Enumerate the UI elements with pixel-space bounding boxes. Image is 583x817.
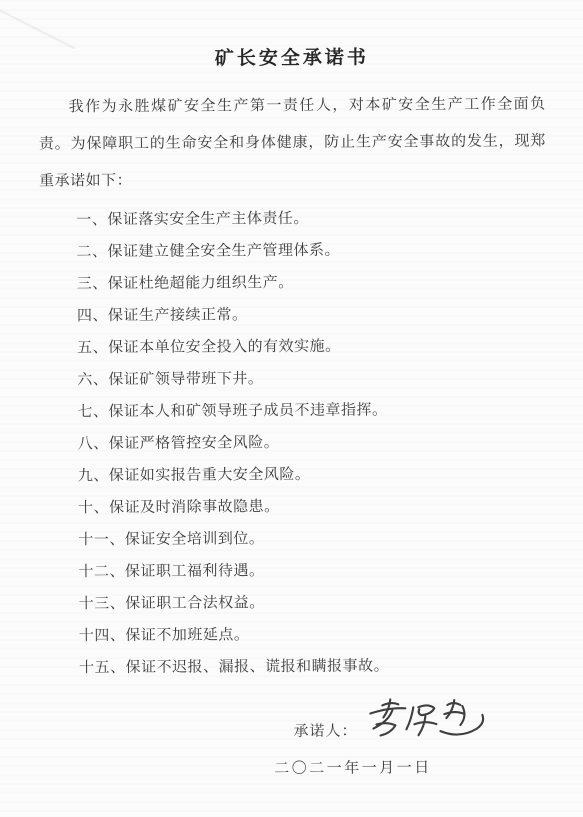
commitment-item-9: 九、保证如实报告重大安全风险。 [41,457,548,492]
document-title: 矿长安全承诺书 [38,44,545,73]
commitment-item-2: 二、保证建立健全安全生产管理体系。 [39,233,546,268]
commitment-list: 一、保证落实安全生产主体责任。 二、保证建立健全安全生产管理体系。 三、保证杜绝… [39,201,549,684]
commitment-item-15: 十五、保证不迟报、漏报、谎报和瞒报事故。 [42,649,549,684]
commitment-item-1: 一、保证落实安全生产主体责任。 [39,201,546,236]
commitment-item-5: 五、保证本单位安全投入的有效实施。 [40,329,547,364]
document-content: 矿长安全承诺书 我作为永胜煤矿安全生产第一责任人，对本矿安全生产工作全面负责。为… [0,0,583,780]
signature-handwriting [361,696,493,751]
commitment-item-3: 三、保证杜绝超能力组织生产。 [40,265,547,300]
commitment-item-12: 十二、保证职工福利待遇。 [41,553,548,588]
commitment-item-14: 十四、保证不加班延点。 [42,617,549,652]
date-line: 二〇二一年一月一日 [43,755,550,779]
commitment-item-11: 十一、保证安全培训到位。 [41,521,548,556]
commitment-item-13: 十三、保证职工合法权益。 [42,585,549,620]
signatory-label: 承诺人： [293,719,357,740]
intro-paragraph: 我作为永胜煤矿安全生产第一责任人，对本矿安全生产工作全面负责。为保障职工的生命安… [39,86,547,200]
commitment-item-6: 六、保证矿领导带班下井。 [40,361,547,396]
signature-row: 承诺人： [42,695,549,752]
commitment-item-4: 四、保证生产接续正常。 [40,297,547,332]
signature-strokes-icon [361,696,493,751]
commitment-item-10: 十、保证及时消除事故隐患。 [41,489,548,524]
commitment-item-7: 七、保证本人和矿领导班子成员不违章指挥。 [40,393,547,428]
commitment-item-8: 八、保证严格管控安全风险。 [41,425,548,460]
scanned-document-page: 矿长安全承诺书 我作为永胜煤矿安全生产第一责任人，对本矿安全生产工作全面负责。为… [0,0,583,817]
